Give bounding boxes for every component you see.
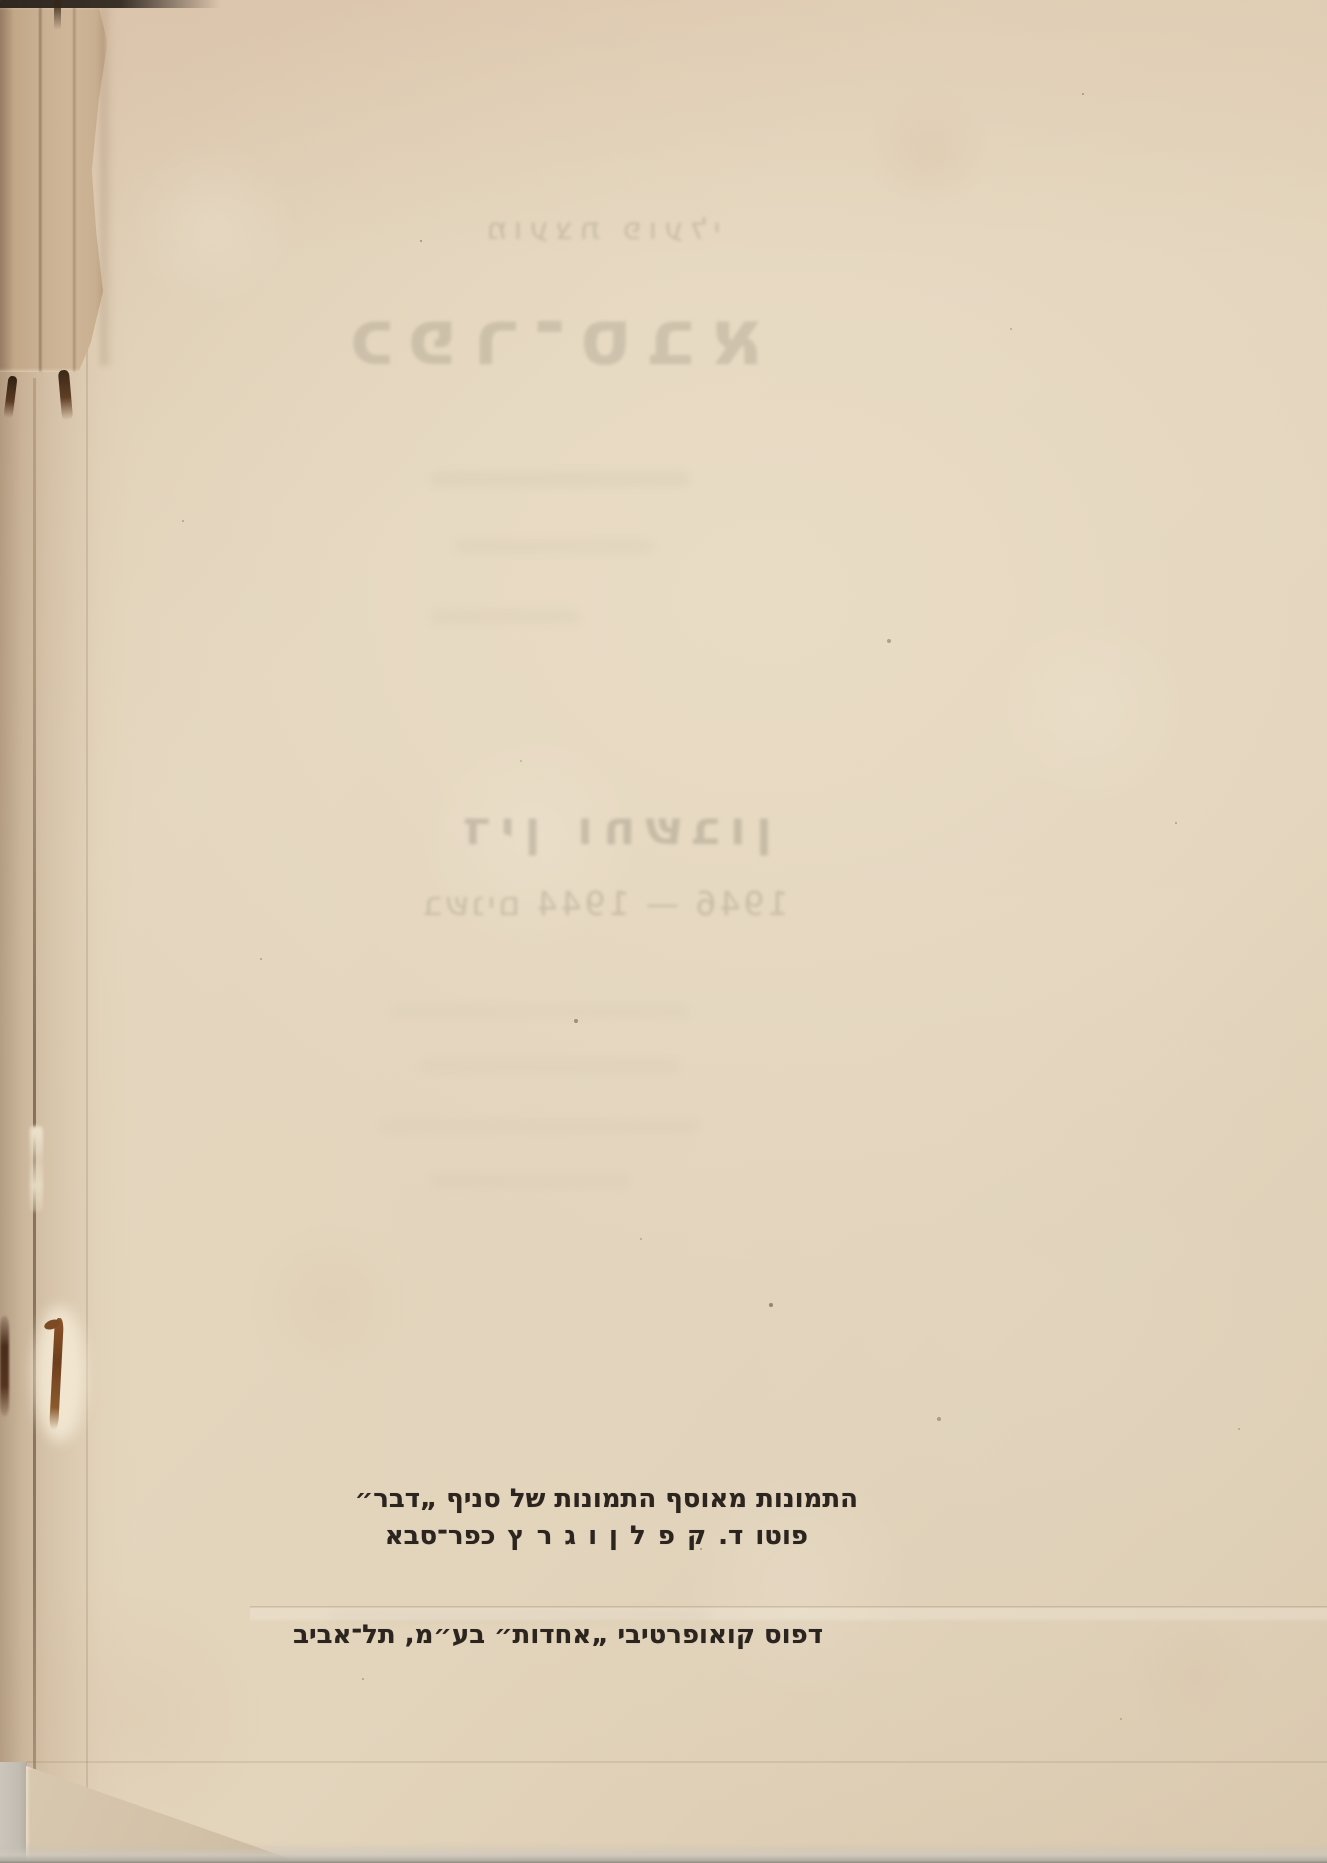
scan-bottom-left-edge — [0, 1762, 27, 1863]
paper-specks — [0, 0, 2, 2]
horizontal-crease — [26, 1761, 1327, 1763]
page-edge-line — [86, 0, 88, 1863]
bleedthrough-title: כפר־סבא — [285, 293, 815, 383]
stitch-thread — [49, 1318, 64, 1430]
torn-corner-underlay — [0, 6, 112, 372]
binding-thread-top — [54, 0, 61, 30]
bleedthrough-smudge — [430, 610, 580, 623]
stitch-thread — [58, 370, 73, 421]
torn-edge-shadow — [100, 6, 114, 366]
bleedthrough-smudge — [330, 1610, 710, 1620]
bleedthrough-subtitle-line1: דין וחשבון — [340, 801, 885, 856]
torn-paper-bits — [30, 1126, 43, 1212]
bleedthrough-subtitle-line2: בשנים 1944 — 1946 — [420, 884, 740, 923]
scan-bottom-edge — [0, 1842, 1327, 1863]
bleedthrough-smudge — [455, 540, 655, 553]
paper-texture — [0, 0, 1327, 1863]
stitch-thread — [3, 376, 17, 419]
gutter-fold-line — [33, 378, 36, 1863]
credit-line-1: התמונות מאוסף התמונות של סניף „דבר״ — [380, 1484, 858, 1514]
bleedthrough-publisher-line: מועצת פועלי — [385, 212, 815, 247]
binding-gutter-shadow — [0, 0, 132, 1863]
stitch-thread — [0, 1316, 9, 1416]
scan-top-edge — [0, 0, 220, 8]
bleedthrough-smudge — [420, 1060, 680, 1072]
bleedthrough-smudge — [430, 472, 690, 486]
credit-line-2: פוטו ד. ק פ ל ן ו ג ר ץ כפר־סבא — [430, 1521, 808, 1551]
bleedthrough-smudge — [430, 1175, 630, 1187]
torn-bottom-corner — [26, 1766, 302, 1863]
imprint-line: דפוס קואופרטיבי „אחדות״ בע״מ, תל־אביב — [403, 1620, 823, 1650]
stitch-halo — [34, 1306, 86, 1442]
bleedthrough-smudge — [380, 1120, 700, 1132]
scanned-book-page: מועצת פועלי כפר־סבא דין וחשבון בשנים 194… — [0, 0, 1327, 1863]
bleedthrough-smudge — [390, 1005, 690, 1017]
stitch-knot — [43, 1318, 61, 1332]
